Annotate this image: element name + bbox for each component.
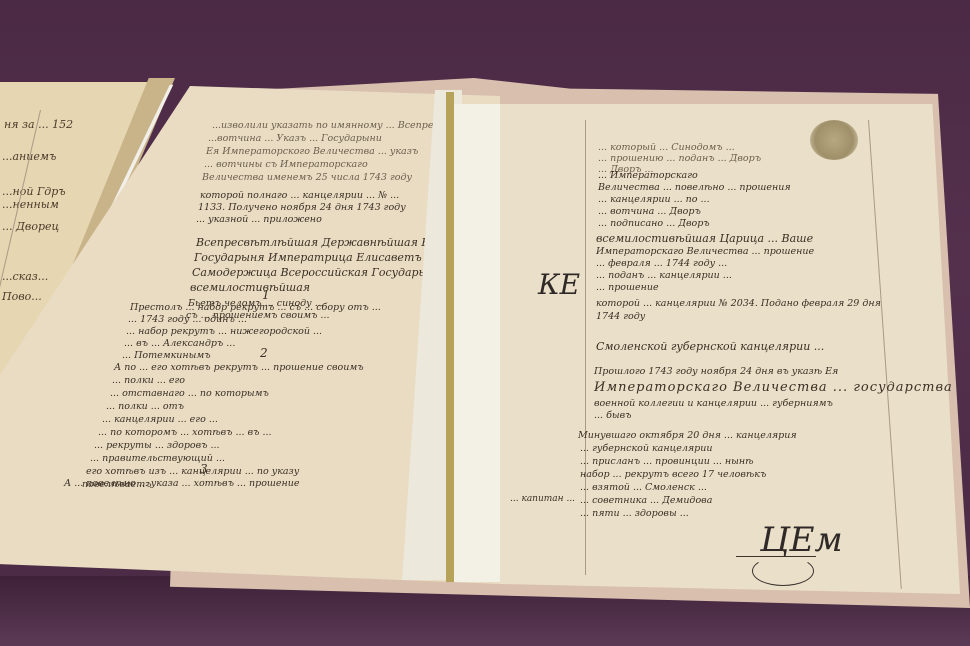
photo-scene: ня за ... 152 ...аниемъ ...ной Гдръ ...н… <box>0 0 970 646</box>
section-line: ... по которомъ ... хотѣвъ ... въ ... <box>98 427 272 438</box>
section-line: его хотѣвъ изъ ... канцелярии ... по ука… <box>86 466 299 477</box>
marginal-note: ... капитан ... <box>510 494 575 504</box>
section-line: ... Потемкинымъ <box>122 350 211 361</box>
right-line: набор ... рекрутъ всего 17 человѣкъ <box>580 469 766 480</box>
stack-line: ... Дворец <box>2 220 59 233</box>
section-line: ... рекруты ... здоровъ ... <box>94 440 220 451</box>
wax-seal-stamp <box>810 120 858 160</box>
right-heading: Смоленской губернской канцелярии ... <box>596 340 824 353</box>
right-line: ... Императорскаго <box>598 170 698 181</box>
right-line: Величества ... повелѣно ... прошения <box>598 182 791 193</box>
stack-line: Пово... <box>2 290 42 303</box>
title-line: всемилостивѣйшая <box>190 281 310 294</box>
right-line: Прошлого 1743 году ноября 24 дня въ указ… <box>594 366 838 377</box>
section-line: ... отставнаго ... по которымъ <box>110 388 269 399</box>
section-number: 2 <box>260 346 268 360</box>
right-line: ... взятой ... Смоленск ... <box>580 482 707 493</box>
right-line: Императорскаго Величества ... государств… <box>594 380 953 395</box>
section-number: 3 <box>200 462 208 476</box>
intro-line: Ея Императорского Величества ... указъ <box>206 146 418 157</box>
note-line: которой полнаго ... канцелярии ... № ... <box>200 190 399 201</box>
margin-rule <box>585 120 586 575</box>
right-line: ... присланъ ... провинции ... нынѣ <box>580 456 754 467</box>
title-line: Самодержица Всероссийская Государыня <box>192 266 442 279</box>
stack-line: ...сказ... <box>2 270 48 283</box>
section-line: ... полки ... его <box>112 375 185 386</box>
section-line: А по ... его хотѣвъ рекрутъ ... прошение… <box>114 362 364 373</box>
stack-line: ...ной Гдръ <box>2 185 66 198</box>
note-line: ... указной ... приложено <box>196 214 322 225</box>
intro-line: ...вотчина ... Указъ ... Государыни <box>208 133 382 144</box>
section-number: 1 <box>262 288 270 302</box>
book-spine <box>446 92 454 582</box>
section-line: А ... повелѣно ... указа ... хотѣвъ ... … <box>64 478 300 489</box>
right-line: 1744 году <box>596 311 645 322</box>
section-line: ... полки ... отъ <box>106 401 184 412</box>
right-line: Минувшаго октября 20 дня ... канцелярия <box>578 430 797 441</box>
right-line: ... бывъ <box>594 410 631 421</box>
right-line: которой ... канцелярии № 2034. Подано фе… <box>596 298 881 309</box>
section-line: ... набор рекрутъ ... нижегородской ... <box>126 326 322 337</box>
section-line: ... канцелярии ... его ... <box>102 414 218 425</box>
right-line: всемилостивѣйшая Царица ... Ваше <box>596 232 813 245</box>
right-line: ... который ... Синодомъ ... <box>598 142 735 153</box>
right-line: ... пяти ... здоровы ... <box>580 508 689 519</box>
right-line: ... вотчина ... Дворъ <box>598 206 701 217</box>
section-line: Престолъ ... набор рекрутъ ... съ ... сб… <box>130 302 381 313</box>
right-line: ... прошение <box>596 282 659 293</box>
section-line: ... 1743 году ... одинъ ... <box>128 314 247 325</box>
right-line: ... подписано ... Дворъ <box>598 218 710 229</box>
right-line: ... поданъ ... канцелярии ... <box>596 270 732 281</box>
signature: ЦЕм <box>760 520 843 560</box>
right-line: ... губернской канцелярии <box>580 443 713 454</box>
right-line: военной коллегии и канцелярии ... губерн… <box>594 398 833 409</box>
stack-line: ...ненным <box>2 198 59 211</box>
intro-line: Величества именемъ 25 числа 1743 году <box>202 172 412 183</box>
right-manuscript-page <box>500 104 960 604</box>
signature-flourish <box>752 556 814 586</box>
right-line: ... прошению ... поданъ ... Дворъ <box>598 153 761 164</box>
intro-line: ... вотчины съ Императорскаго <box>204 159 368 170</box>
right-line: ... советника ... Демидова <box>580 495 712 506</box>
right-line: Императорскаго Величества ... прошение <box>596 246 814 257</box>
marginal-initial: КЕ <box>538 268 580 301</box>
right-line: ... канцелярии ... по ... <box>598 194 710 205</box>
section-line: ... въ ... Александръ ... <box>124 338 235 349</box>
note-line: 1133. Получено ноября 24 дня 1743 году <box>198 202 406 213</box>
right-line: ... февраля ... 1744 году ... <box>596 258 727 269</box>
